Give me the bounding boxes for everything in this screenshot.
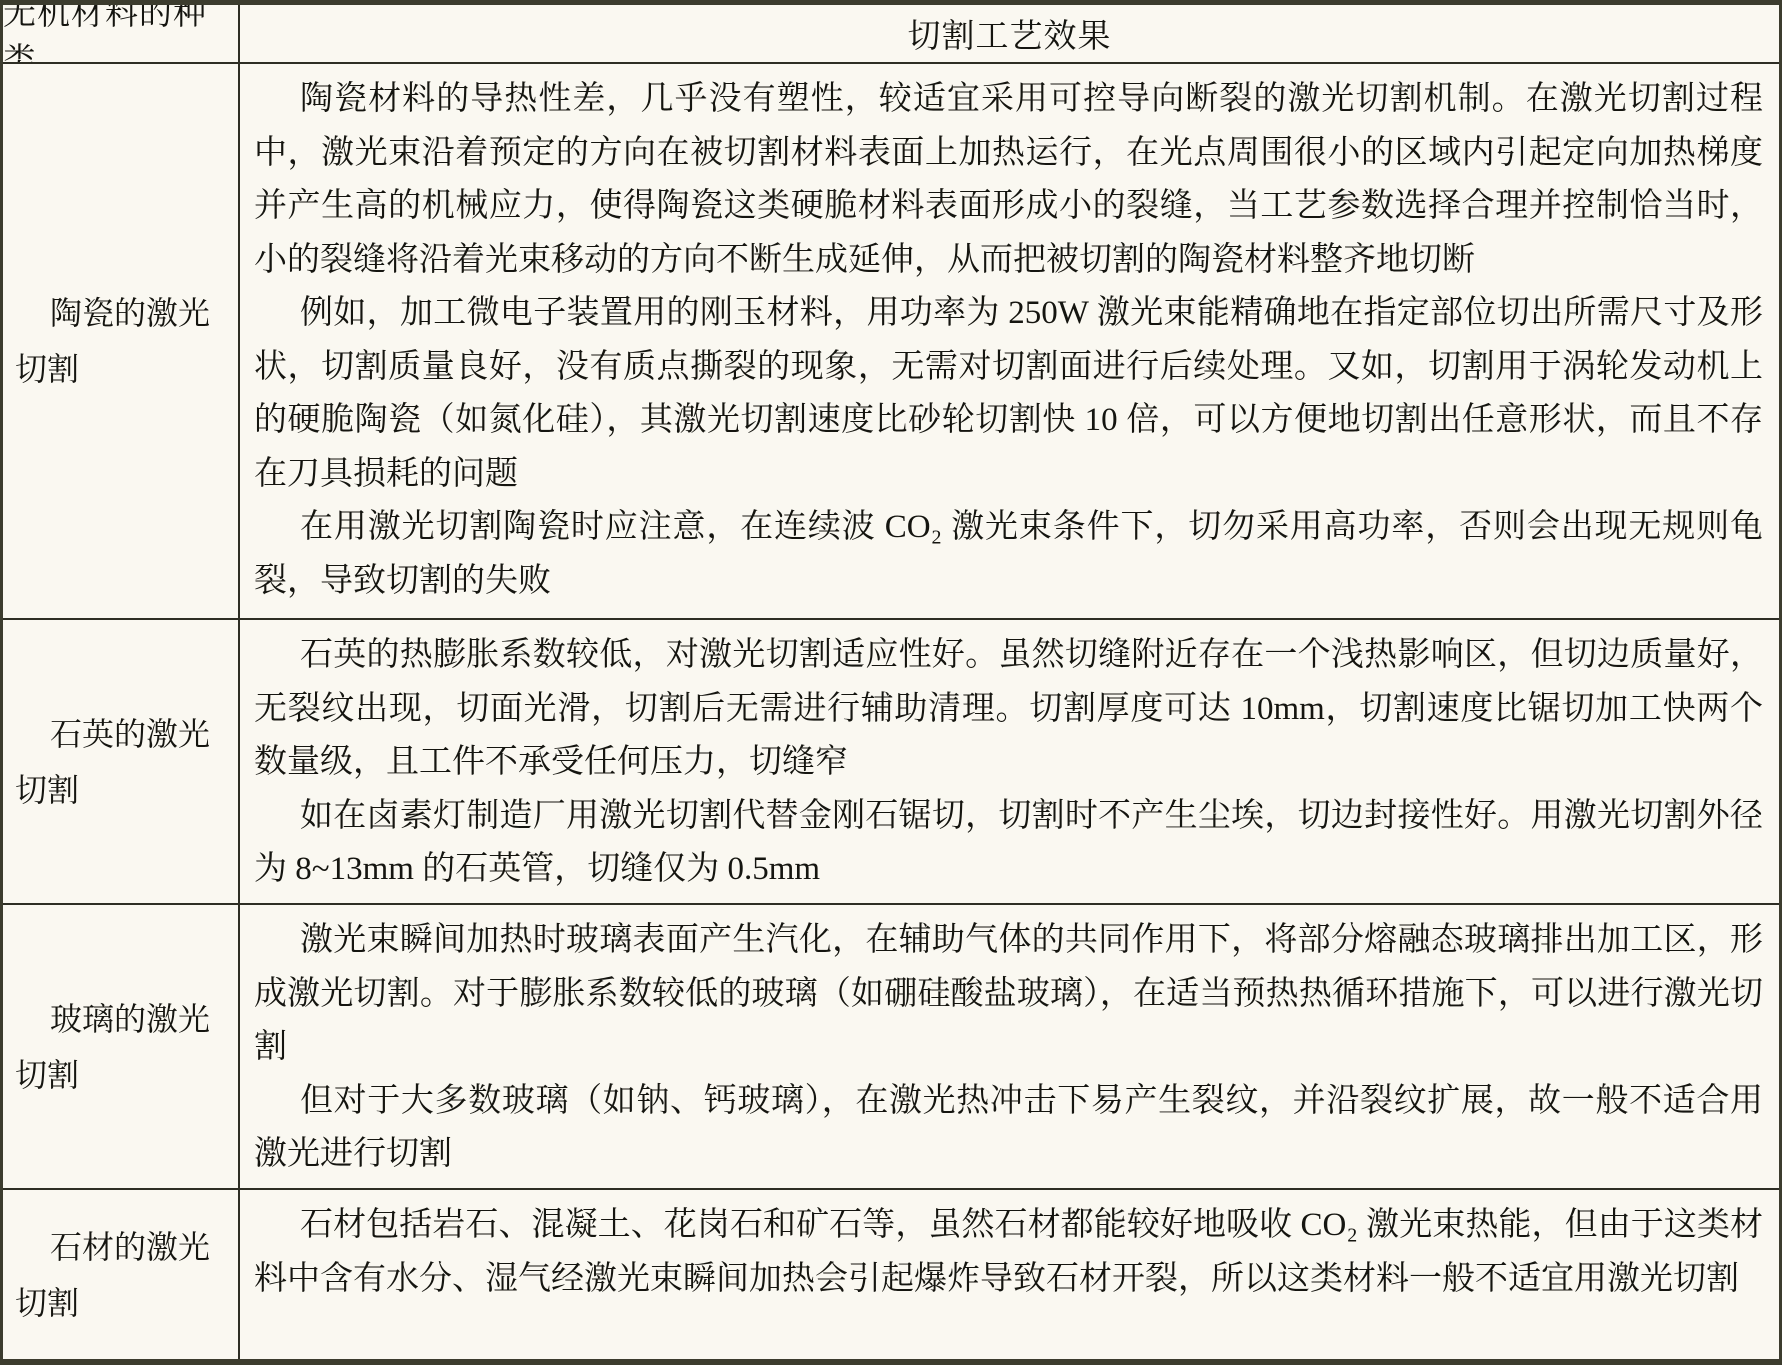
row-label-ceramic-laser-cutting: 陶瓷的激光切割 — [3, 285, 238, 397]
paragraph-quartz-1: 石英的热膨胀系数较低，对激光切割适应性好。虽然切缝附近存在一个浅热影响区，但切边… — [254, 629, 1763, 790]
row-content-cell-quartz: 石英的热膨胀系数较低，对激光切割适应性好。虽然切缝附近存在一个浅热影响区，但切边… — [240, 618, 1779, 903]
row-label-glass-laser-cutting: 玻璃的激光切割 — [3, 991, 238, 1103]
row-content-cell-ceramic: 陶瓷材料的导热性差，几乎没有塑性，较适宜采用可控导向断裂的激光切割机制。在激光切… — [240, 62, 1779, 618]
paragraph-quartz-2: 如在卤素灯制造厂用激光切割代替金刚石锯切，切割时不产生尘埃，切边封接性好。用激光… — [254, 790, 1763, 897]
paragraph-ceramic-2: 例如，加工微电子装置用的刚玉材料，用功率为 250W 激光束能精确地在指定部位切… — [254, 287, 1763, 501]
row-label-stone-laser-cutting: 石材的激光切割 — [3, 1219, 238, 1331]
header-cell-cutting-effect: 切割工艺效果 — [240, 5, 1779, 62]
row-label-cell-stone: 石材的激光切割 — [3, 1188, 240, 1359]
paragraph-glass-2: 但对于大多数玻璃（如钠、钙玻璃），在激光热冲击下易产生裂纹，并沿裂纹扩展，故一般… — [254, 1075, 1763, 1182]
document-page: 无机材料的种类 切割工艺效果 陶瓷的激光切割 陶瓷材料的导热性差，几乎没有塑性，… — [0, 0, 1782, 1365]
paragraph-ceramic-3: 在用激光切割陶瓷时应注意，在连续波 CO₂ 激光束条件下，切勿采用高功率，否则会… — [254, 501, 1763, 608]
paragraph-ceramic-1: 陶瓷材料的导热性差，几乎没有塑性，较适宜采用可控导向断裂的激光切割机制。在激光切… — [254, 73, 1763, 287]
row-content-cell-stone: 石材包括岩石、混凝土、花岗石和矿石等，虽然石材都能较好地吸收 CO₂ 激光束热能… — [240, 1188, 1779, 1359]
paragraph-stone-1: 石材包括岩石、混凝土、花岗石和矿石等，虽然石材都能较好地吸收 CO₂ 激光束热能… — [254, 1199, 1763, 1306]
header-cell-material-type: 无机材料的种类 — [3, 5, 240, 62]
row-label-quartz-laser-cutting: 石英的激光切割 — [3, 706, 238, 818]
row-label-cell-glass: 玻璃的激光切割 — [3, 903, 240, 1188]
row-content-cell-glass: 激光束瞬间加热时玻璃表面产生汽化，在辅助气体的共同作用下，将部分熔融态玻璃排出加… — [240, 903, 1779, 1188]
row-label-cell-ceramic: 陶瓷的激光切割 — [3, 62, 240, 618]
materials-cutting-table: 无机材料的种类 切割工艺效果 陶瓷的激光切割 陶瓷材料的导热性差，几乎没有塑性，… — [0, 0, 1782, 1365]
paragraph-glass-1: 激光束瞬间加热时玻璃表面产生汽化，在辅助气体的共同作用下，将部分熔融态玻璃排出加… — [254, 914, 1763, 1075]
row-label-cell-quartz: 石英的激光切割 — [3, 618, 240, 903]
